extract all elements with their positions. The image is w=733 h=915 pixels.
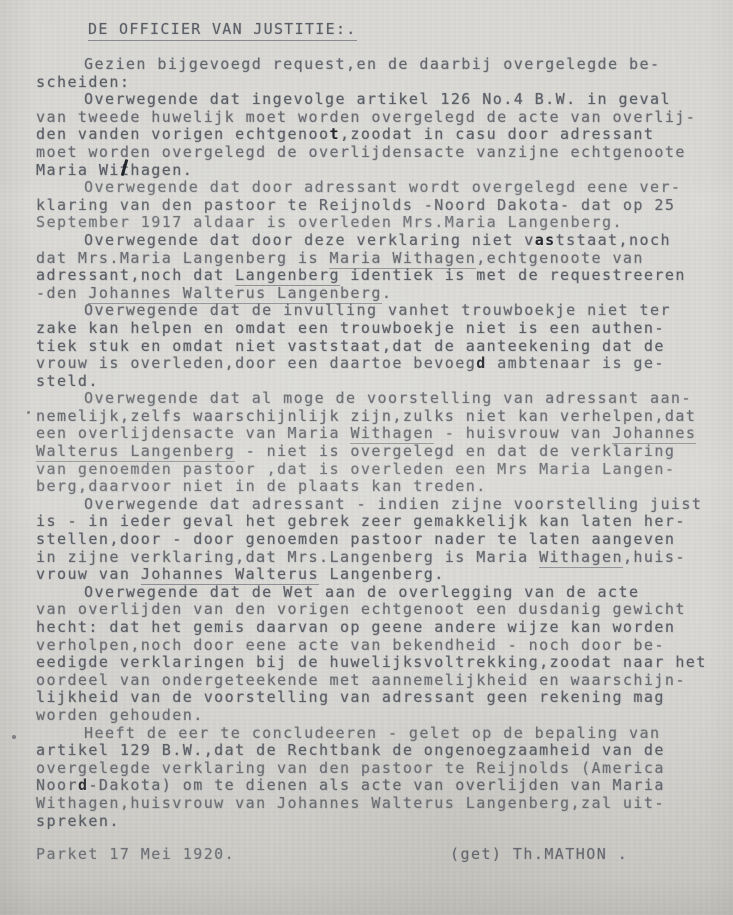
text-segment: Withagen,huisvrouw van Johannes Walterus… <box>36 794 665 812</box>
paragraph: Overwegende dat al moge de voorstelling … <box>36 390 712 496</box>
text-line: verholpen,noch door eene acte van bekend… <box>36 637 712 655</box>
text-segment: September 1917 aldaar is overleden Mrs.M… <box>36 213 623 231</box>
text-segment: tstaat,noch <box>556 231 671 249</box>
text-segment: in zijne verklaring,dat Mrs.Langenberg i… <box>36 548 539 566</box>
text-line: Overwegende dat de invulling vanhet trou… <box>36 302 712 320</box>
text-line: -den Johannes Walterus Langenberg. <box>36 285 712 303</box>
text-segment: identiek is met de requestreeren <box>340 266 686 284</box>
pen-correction: d <box>476 354 486 372</box>
text-segment: - huisvrouw van <box>434 424 612 442</box>
paragraph: Overwegende dat door deze verklaring nie… <box>36 232 712 302</box>
text-line: tiek stuk en omdat niet vaststaat,dat de… <box>36 338 712 356</box>
text-line: September 1917 aldaar is overleden Mrs.M… <box>36 214 712 232</box>
text-segment: artikel 129 B.W.,dat de Rechtbank de ong… <box>36 741 665 759</box>
text-segment: -Dakota) om te dienen als acte van overl… <box>88 776 664 794</box>
text-segment: zake kan helpen en omdat een trouwboekje… <box>36 319 665 337</box>
text-line: overgelegde verklaring van den pastoor t… <box>36 760 712 778</box>
text-segment: van genoemden pastoor ,dat is overleden … <box>36 460 675 478</box>
text-segment: ambtenaar is ge- <box>487 354 665 372</box>
text-segment: van tweede huwelijk moet worden overgele… <box>36 108 696 126</box>
text-line: spreken. <box>36 813 712 831</box>
text-segment: Langenberg. <box>319 565 445 583</box>
ink-speck <box>27 411 30 414</box>
text-segment: worden gehouden. <box>36 706 204 724</box>
text-line: lijkheid van de voorstelling van adressa… <box>36 689 712 707</box>
text-segment: oordeel van ondergeteekende met aannemel… <box>36 671 686 689</box>
text-line: Overwegende dat ingevolge artikel 126 No… <box>36 91 712 109</box>
text-segment: hecht: dat het gemis daarvan op geene an… <box>36 618 675 636</box>
text-segment: Overwegende dat de Wet aan de overleggin… <box>84 583 639 601</box>
text-line: Gezien bijgevoegd request,en de daarbij … <box>36 56 712 74</box>
text-line: Withagen,huisvrouw van Johannes Walterus… <box>36 795 712 813</box>
text-segment: dat Mrs.Maria Langenberg is <box>36 249 329 267</box>
text-line: stellen,door - door genoemden pastoor na… <box>36 531 712 549</box>
text-line: eedigde verklaringen bij de huwelijksvol… <box>36 654 712 672</box>
text-line: Overwegende dat de Wet aan de overleggin… <box>36 584 712 602</box>
text-line: nemelijk,zelfs waarschijnlijk zijn,zulks… <box>36 408 712 426</box>
text-line: moet worden overgelegd de overlijdensact… <box>36 144 712 162</box>
pen-correction: as <box>535 231 556 249</box>
paragraph: Heeft de eer te concludeeren - gelet op … <box>36 725 712 831</box>
text-segment: berg,daarvoor niet in de plaats kan tred… <box>36 477 487 495</box>
text-segment: eedigde verklaringen bij de huwelijksvol… <box>36 653 707 671</box>
text-segment: -den <box>36 284 88 302</box>
text-line: worden gehouden. <box>36 707 712 725</box>
paragraph: Overwegende dat de Wet aan de overleggin… <box>36 584 712 725</box>
ink-speck <box>12 735 16 739</box>
text-line: dat Mrs.Maria Langenberg is Maria Withag… <box>36 250 712 268</box>
text-segment: Overwegende dat door adressant wordt ove… <box>84 178 681 196</box>
text-segment: Overwegende dat adressant - indien zijne… <box>84 495 702 513</box>
text-segment: vrouw is overleden,door een daartoe bevo… <box>36 354 476 372</box>
text-line: den vanden vorigen echtgenoot,zoodat in … <box>36 126 712 144</box>
text-line: van tweede huwelijk moet worden overgele… <box>36 109 712 127</box>
text-segment: . <box>382 284 392 302</box>
text-segment: Gezien bijgevoegd request,en de daarbij … <box>84 55 660 73</box>
signature-line: (get) Th.MATHON . <box>450 845 628 863</box>
text-line: berg,daarvoor niet in de plaats kan tred… <box>36 478 712 496</box>
document-body: Gezien bijgevoegd request,en de daarbij … <box>36 56 712 830</box>
text-line: scheiden: <box>36 74 712 92</box>
pen-stroke-correction: t <box>120 162 130 180</box>
text-segment: lijkheid van de voorstelling van adressa… <box>36 688 665 706</box>
text-line: steld. <box>36 373 712 391</box>
text-line: adressant,noch dat Langenberg identiek i… <box>36 267 712 285</box>
text-line: artikel 129 B.W.,dat de Rechtbank de ong… <box>36 742 712 760</box>
text-segment: scheiden: <box>36 73 130 91</box>
paragraph: Gezien bijgevoegd request,en de daarbij … <box>36 56 712 91</box>
underlined-name: Withagen <box>539 548 623 568</box>
text-line: vrouw is overleden,door een daartoe bevo… <box>36 355 712 373</box>
text-line: van genoemden pastoor ,dat is overleden … <box>36 461 712 479</box>
text-line: in zijne verklaring,dat Mrs.Langenberg i… <box>36 549 712 567</box>
text-segment: een overlijdensacte van Maria <box>36 424 350 442</box>
text-line: klaring van den pastoor te Reijnolds -No… <box>36 197 712 215</box>
paragraph: Overwegende dat adressant - indien zijne… <box>36 496 712 584</box>
text-segment: Overwegende dat al moge de voorstelling … <box>84 389 692 407</box>
text-line: is - in ieder geval het gebrek zeer gema… <box>36 513 712 531</box>
text-line: Overwegende dat door adressant wordt ove… <box>36 179 712 197</box>
text-segment: hagen. <box>130 161 193 179</box>
text-segment: van overlijden van den vorigen echtgenoo… <box>36 600 686 618</box>
text-line: zake kan helpen en omdat een trouwboekje… <box>36 320 712 338</box>
pen-correction: t <box>329 125 339 143</box>
text-segment: tiek stuk en omdat niet vaststaat,dat de… <box>36 337 665 355</box>
text-segment: Maria Wi <box>36 161 120 179</box>
text-segment: adressant,noch dat <box>36 266 235 284</box>
paragraph: Overwegende dat door adressant wordt ove… <box>36 179 712 232</box>
underlined-name: Maria Withagen <box>329 249 476 269</box>
text-segment: - niet is overgelegd en dat de verklarin… <box>235 442 675 460</box>
date-place-line: Parket 17 Mei 1920. <box>36 845 235 863</box>
text-segment: nemelijk,zelfs waarschijnlijk zijn,zulks… <box>36 407 696 425</box>
text-segment: den vanden vorigen echtgenoo <box>36 125 329 143</box>
text-line: Maria Withagen. <box>36 162 712 180</box>
text-line: hecht: dat het gemis daarvan op geene an… <box>36 619 712 637</box>
text-segment: Overwegende dat de invulling vanhet trou… <box>84 301 671 319</box>
text-segment: klaring van den pastoor te Reijnolds -No… <box>36 196 675 214</box>
text-line: Overwegende dat al moge de voorstelling … <box>36 390 712 408</box>
text-line: oordeel van ondergeteekende met aannemel… <box>36 672 712 690</box>
scanned-document-page: DE OFFICIER VAN JUSTITIE:. Gezien bijgev… <box>0 0 733 915</box>
text-line: Walterus Langenberg - niet is overgelegd… <box>36 443 712 461</box>
text-line: vrouw van Johannes Walterus Langenberg. <box>36 566 712 584</box>
text-segment: steld. <box>36 372 99 390</box>
text-segment: Heeft de eer te concludeeren - gelet op … <box>84 724 660 742</box>
text-line: Overwegende dat adressant - indien zijne… <box>36 496 712 514</box>
text-line: van overlijden van den vorigen echtgenoo… <box>36 601 712 619</box>
text-segment: ,echtgenoote van <box>476 249 644 267</box>
text-line: Heeft de eer te concludeeren - gelet op … <box>36 725 712 743</box>
document-title: DE OFFICIER VAN JUSTITIE:. <box>88 20 357 41</box>
text-segment: vrouw van <box>36 565 141 583</box>
pen-correction: d <box>78 776 88 794</box>
text-segment: Noor <box>36 776 78 794</box>
text-segment: verholpen,noch door eene acte van bekend… <box>36 636 665 654</box>
text-line: Overwegende dat door deze verklaring nie… <box>36 232 712 250</box>
text-segment: Overwegende dat door deze verklaring nie… <box>84 231 535 249</box>
text-line: Noord-Dakota) om te dienen als acte van … <box>36 777 712 795</box>
paragraph: Overwegende dat ingevolge artikel 126 No… <box>36 91 712 179</box>
text-segment: is - in ieder geval het gebrek zeer gema… <box>36 512 686 530</box>
paragraph: Overwegende dat de invulling vanhet trou… <box>36 302 712 390</box>
text-segment: stellen,door - door genoemden pastoor na… <box>36 530 675 548</box>
text-segment: Overwegende dat ingevolge artikel 126 No… <box>84 90 671 108</box>
document-footer: Parket 17 Mei 1920. (get) Th.MATHON . <box>36 845 712 865</box>
text-segment: moet worden overgelegd de overlijdensact… <box>36 143 686 161</box>
text-segment: ,huis- <box>623 548 686 566</box>
text-segment: ,zoodat in casu door adressant <box>340 125 654 143</box>
text-line: een overlijdensacte van Maria Withagen -… <box>36 425 712 443</box>
text-segment: overgelegde verklaring van den pastoor t… <box>36 759 665 777</box>
document-content: DE OFFICIER VAN JUSTITIE:. Gezien bijgev… <box>0 0 733 915</box>
text-segment: spreken. <box>36 812 120 830</box>
